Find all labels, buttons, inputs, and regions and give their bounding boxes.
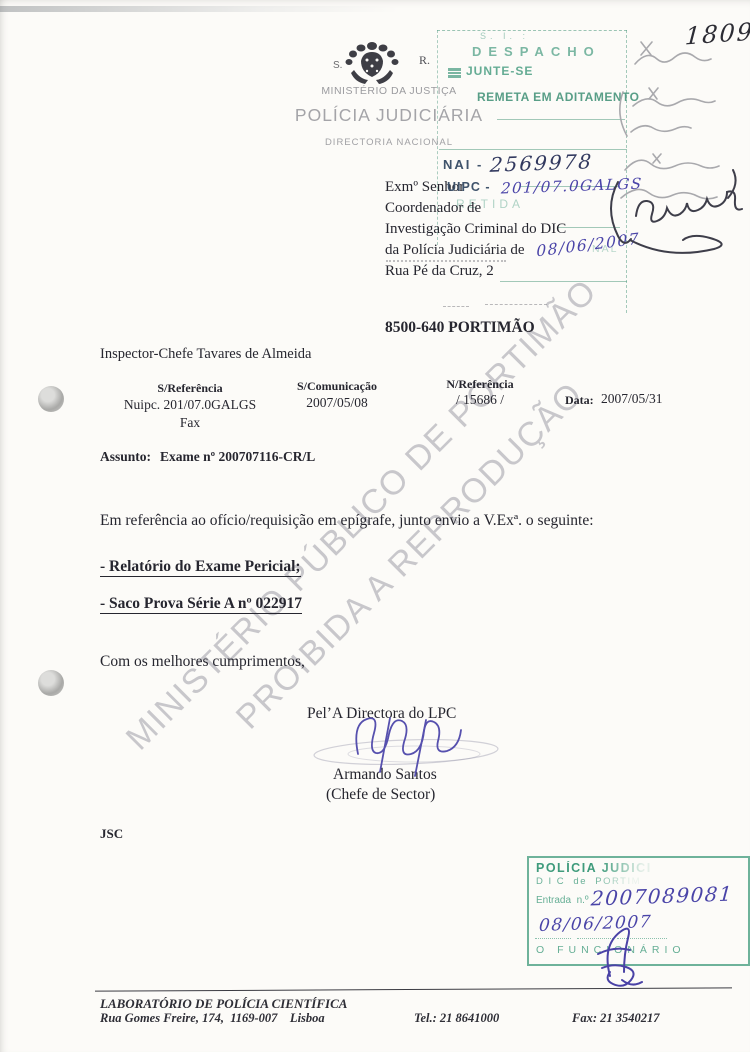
uipc-label: UIPC -: [447, 180, 491, 194]
date-underline-1: [535, 938, 571, 939]
scan-edge-streak: [0, 6, 400, 12]
hole-punch-top: [38, 386, 64, 412]
organization-name: POLÍCIA JUDICIÁRIA: [290, 105, 488, 126]
n-ref-label: N/Referência: [420, 377, 540, 392]
recipient-line-3: Investigação Criminal do DIC: [385, 219, 566, 239]
stamp-dash-2: [485, 304, 547, 305]
footer-lab-name: LABORATÓRIO DE POLÍCIA CIENTÍFICA: [100, 996, 347, 1012]
coat-of-arms-emblem: [340, 40, 404, 86]
signer-title: (Chefe de Sector): [326, 785, 435, 805]
despacho-stamp-border-top: [437, 30, 627, 31]
body-intro: Em referência ao ofício/requisição em ep…: [100, 511, 680, 531]
attention-line: Inspector-Chefe Tavares de Almeida: [100, 344, 311, 364]
stamp-rule-2: [439, 149, 627, 150]
s-ref-value: Nuipc. 201/07.0GALGS: [105, 397, 275, 413]
ministry-name: MINISTÉRIO DA JUSTIÇA: [300, 85, 478, 97]
watermark-line-2: PROIBIDA A REPRODUÇÃO: [229, 375, 591, 737]
date-label: Data:: [565, 393, 594, 408]
recipient-postal-city: 8500-640 PORTIMÃO: [385, 318, 535, 338]
entry-stamp-signature-scribble: [582, 918, 667, 993]
subject-value: Exame nº 200707116-CR/L: [160, 449, 315, 465]
entry-stamp-line-1: POLÍCIA JUDICI: [536, 861, 652, 875]
recipient-line-5: Rua Pé da Cruz, 2: [385, 261, 494, 281]
body-item-2: - Saco Prova Série A nº 022917: [100, 594, 302, 614]
junte-se-label: JUNTE-SE: [466, 64, 533, 78]
margin-signature-scribble: [600, 168, 750, 268]
n-ref-value: / 15686 /: [420, 392, 540, 408]
typist-initials: JSC: [100, 826, 123, 842]
director-signature-scribble: [302, 708, 514, 782]
stamp-rule-1: [497, 119, 625, 120]
entry-number-label: Entrada n.º: [536, 895, 589, 906]
stamp-rule-5: [500, 281, 627, 282]
body-item-1-text: - Relatório do Exame Pericial;: [100, 558, 301, 577]
hole-punch-bottom: [38, 670, 64, 696]
date-value: 2007/05/31: [601, 391, 663, 407]
recipient-line-2: Coordenador de: [385, 198, 481, 218]
s-ref-label: S/Referência: [132, 381, 248, 396]
junte-se-icon: [448, 68, 461, 78]
despacho-stamp-header: S. I. :: [480, 31, 529, 41]
scanned-letter-page: MINISTÉRIO PÚBLICO DE PORTIMÃO PROIBIDA …: [0, 0, 750, 1052]
footer-tel: Tel.: 21 8641000: [414, 1011, 499, 1026]
letterhead-s: S.: [333, 60, 342, 71]
s-ref-extra: Fax: [132, 415, 248, 431]
s-com-label: S/Comunicação: [277, 379, 397, 394]
directorate-name: DIRECTORIA NACIONAL: [300, 137, 478, 148]
footer-address: Rua Gomes Freire, 174, 1169-007 Lisboa: [100, 1011, 325, 1026]
letterhead-r: R.: [419, 53, 430, 68]
body-item-2-text: - Saco Prova Série A nº 022917: [100, 595, 302, 614]
recipient-line-4: da Polícia Judiciária de: [385, 240, 525, 260]
body-item-1: - Relatório do Exame Pericial;: [100, 557, 301, 577]
s-com-value: 2007/05/08: [277, 395, 397, 411]
footer-fax: Fax: 21 3540217: [572, 1011, 660, 1026]
subject-label: Assunto:: [100, 449, 151, 465]
entry-number-handwritten: 2007089081: [590, 881, 734, 910]
nai-value-handwritten: 2569978: [489, 149, 594, 177]
despacho-stamp-title: DESPACHO: [472, 44, 601, 59]
stamp-dash-1: [443, 306, 469, 307]
body-closing: Com os melhores cumprimentos,: [100, 652, 305, 672]
nai-label: NAI -: [443, 157, 483, 172]
